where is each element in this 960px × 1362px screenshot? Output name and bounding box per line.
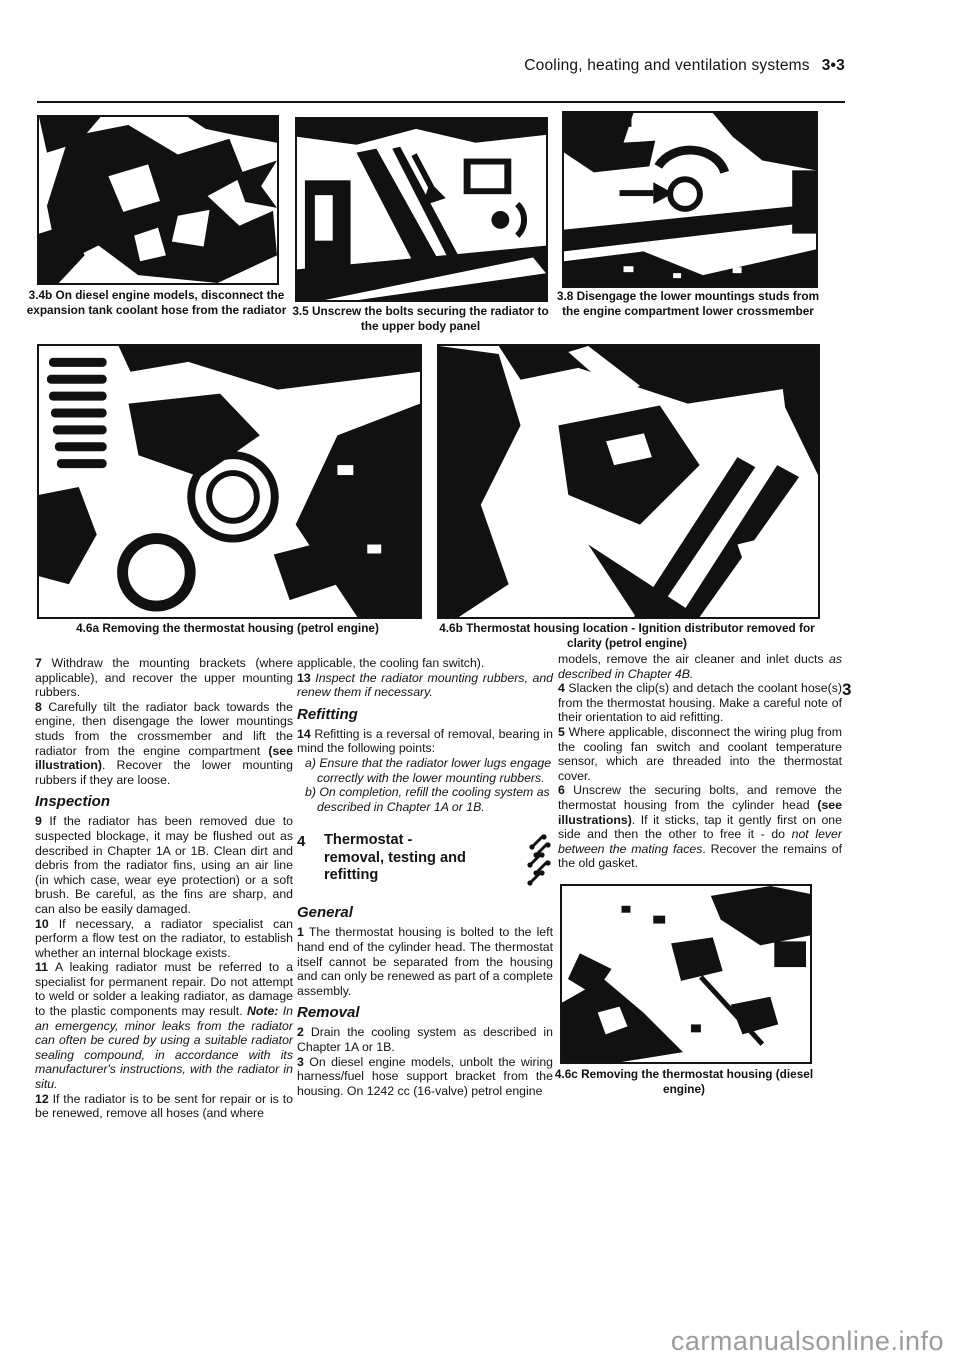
page-title: Cooling, heating and ventilation systems bbox=[524, 57, 809, 74]
text-column-3: models, remove the air cleaner and inlet… bbox=[558, 652, 842, 871]
header-rule bbox=[37, 101, 845, 103]
spanner-set-icon bbox=[523, 832, 553, 888]
column-2-upper: applicable, the cooling fan switch).13 I… bbox=[297, 656, 553, 814]
paragraph: 13 Inspect the radiator mounting rubbers… bbox=[297, 671, 553, 700]
arrow-annotation bbox=[620, 190, 654, 196]
paragraph: applicable, the cooling fan switch). bbox=[297, 656, 553, 671]
paragraph: 7 Withdraw the mounting brackets (where … bbox=[35, 656, 293, 700]
page-header: Cooling, heating and ventilation systems… bbox=[524, 57, 845, 75]
chapter-tab-number: 3 bbox=[842, 680, 851, 700]
figure-4-6a-photo bbox=[37, 344, 422, 619]
paragraph: b) On completion, refill the cooling sys… bbox=[297, 785, 553, 814]
thermostat-diesel-photo-svg bbox=[562, 886, 810, 1062]
figure-4-6b-photo bbox=[437, 344, 820, 619]
paragraph: 10 If necessary, a radiator specialist c… bbox=[35, 917, 293, 961]
thermostat-location-photo-svg bbox=[439, 346, 818, 617]
radiator-bolts-photo-svg bbox=[297, 119, 546, 300]
text-column-2: applicable, the cooling fan switch).13 I… bbox=[297, 656, 553, 1098]
subheading: Refitting bbox=[297, 706, 553, 724]
figure-3-8-photo bbox=[562, 111, 818, 288]
crossmember-photo-svg bbox=[564, 113, 816, 286]
subheading: Inspection bbox=[35, 793, 293, 811]
paragraph: 8 Carefully tilt the radiator back towar… bbox=[35, 700, 293, 788]
figure-4-6c-caption: 4.6c Removing the thermostat housing (di… bbox=[553, 1067, 815, 1096]
column-2-lower: General1 The thermostat housing is bolte… bbox=[297, 904, 553, 1098]
section-title: Thermostat - removal, testing and refitt… bbox=[324, 832, 519, 885]
figure-3-4b-caption: 3.4b On diesel engine models, disconnect… bbox=[25, 288, 288, 317]
paragraph: 1 The thermostat housing is bolted to th… bbox=[297, 925, 553, 998]
paragraph: 12 If the radiator is to be sent for rep… bbox=[35, 1092, 293, 1121]
figure-3-4b-photo bbox=[37, 115, 279, 285]
paragraph: 14 Refitting is a reversal of removal, b… bbox=[297, 727, 553, 756]
paragraph: 9 If the radiator has been removed due t… bbox=[35, 814, 293, 916]
figure-4-6b-caption: 4.6b Thermostat housing location - Ignit… bbox=[432, 621, 822, 650]
paragraph: 3 On diesel engine models, unbolt the wi… bbox=[297, 1055, 553, 1099]
paragraph: 11 A leaking radiator must be referred t… bbox=[35, 960, 293, 1091]
paragraph: 5 Where applicable, disconnect the wirin… bbox=[558, 725, 842, 783]
figure-4-6a-caption: 4.6a Removing the thermostat housing (pe… bbox=[30, 621, 425, 636]
figure-3-8-caption: 3.8 Disengage the lower mountings studs … bbox=[556, 289, 820, 318]
thermostat-removal-photo-svg bbox=[39, 346, 420, 617]
watermark-text: carmanualsonline.info bbox=[671, 1326, 944, 1357]
section-number: 4 bbox=[297, 832, 324, 850]
paragraph: 6 Unscrew the securing bolts, and remove… bbox=[558, 783, 842, 871]
paragraph: 4 Slacken the clip(s) and detach the coo… bbox=[558, 681, 842, 725]
figure-3-5-caption: 3.5 Unscrew the bolts securing the radia… bbox=[290, 304, 551, 333]
section-4-header: 4 Thermostat - removal, testing and refi… bbox=[297, 832, 553, 888]
paragraph: 2 Drain the cooling system as described … bbox=[297, 1025, 553, 1054]
subheading: Removal bbox=[297, 1004, 553, 1022]
subheading: General bbox=[297, 904, 553, 922]
text-column-1: 7 Withdraw the mounting brackets (where … bbox=[35, 656, 293, 1121]
paragraph: a) Ensure that the radiator lower lugs e… bbox=[297, 756, 553, 785]
manual-page: Cooling, heating and ventilation systems… bbox=[0, 0, 960, 1362]
figure-4-6c-photo bbox=[560, 884, 812, 1064]
engine-bay-photo-svg bbox=[39, 117, 277, 283]
paragraph: models, remove the air cleaner and inlet… bbox=[558, 652, 842, 681]
figure-3-5-photo bbox=[295, 117, 548, 302]
page-number: 3•3 bbox=[822, 57, 845, 74]
